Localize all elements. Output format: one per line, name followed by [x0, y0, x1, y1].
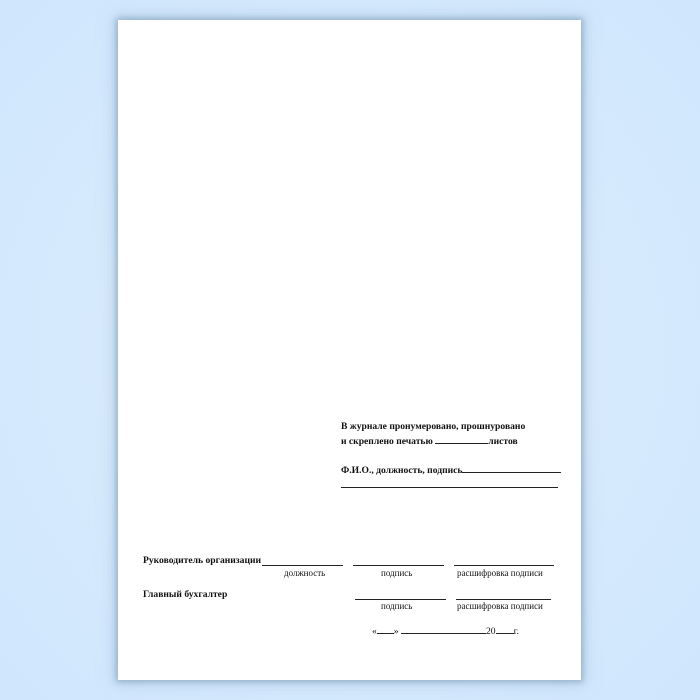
accountant-signature-field[interactable] — [355, 599, 446, 600]
date-day-field[interactable] — [377, 624, 394, 634]
signer-field[interactable] — [462, 463, 561, 473]
signer-label: Ф.И.О., должность, подпись — [341, 465, 462, 476]
date-close-quote: » — [394, 626, 399, 637]
registration-line-2-suffix: листов — [488, 436, 518, 447]
director-label: Руководитель организации — [143, 555, 261, 566]
registration-line-2-prefix: и скреплено печатью — [341, 436, 433, 447]
document-page: В журнале пронумеровано, прошнуровано и … — [118, 20, 581, 680]
director-position-field[interactable] — [262, 565, 343, 566]
director-signature-caption: подпись — [381, 568, 412, 578]
director-signature-field[interactable] — [353, 565, 444, 566]
accountant-label: Главный бухгалтер — [143, 589, 227, 600]
signer-field-extension[interactable] — [341, 487, 558, 488]
accountant-name-field[interactable] — [456, 599, 551, 600]
registration-line-1: В журнале пронумеровано, прошнуровано — [341, 421, 525, 432]
date-year-field[interactable] — [496, 624, 514, 634]
date-month-field[interactable] — [401, 624, 486, 634]
director-position-caption: должность — [284, 568, 325, 578]
director-name-field[interactable] — [454, 565, 554, 566]
accountant-signature-caption: подпись — [381, 601, 412, 611]
date-year-prefix: 20 — [486, 626, 496, 637]
date-line: «» 20г. — [372, 624, 519, 637]
director-name-caption: расшифровка подписи — [457, 568, 543, 578]
sheet-count-field[interactable] — [435, 434, 488, 444]
registration-line-2: и скреплено печатью листов — [341, 434, 518, 447]
signer-line: Ф.И.О., должность, подпись — [341, 463, 561, 476]
date-year-suffix: г. — [514, 626, 519, 637]
accountant-name-caption: расшифровка подписи — [457, 601, 543, 611]
